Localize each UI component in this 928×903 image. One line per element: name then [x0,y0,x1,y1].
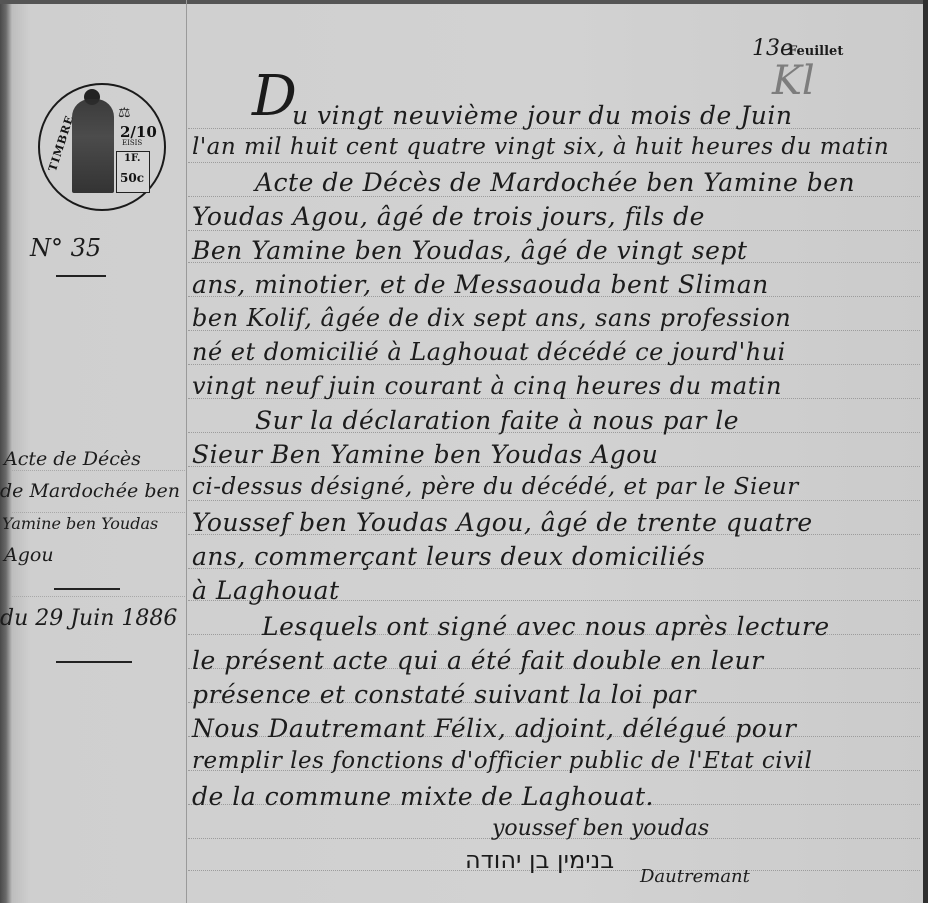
record-line: Youdas Agou, âgé de trois jours, fils de [192,202,705,231]
margin-summary-line: Agou [4,544,54,566]
justice-figure-icon [72,99,114,193]
margin-summary-line: Acte de Décès [4,448,141,470]
record-line: présence et constaté suivant la loi par [192,680,696,709]
record-line: à Laghouat [192,576,340,605]
margin-summary-line: de Mardochée ben [0,480,180,502]
page-binding-edge [923,0,928,903]
record-line: né et domicilié à Laghouat décédé ce jou… [192,338,786,366]
ruled-line [188,500,920,501]
record-line: Sieur Ben Yamine ben Youdas Agou [192,440,658,469]
dropcap-letter: D [252,64,297,129]
record-line: Ben Yamine ben Youdas, âgé de vingt sept [192,236,747,265]
record-line: Sur la déclaration faite à nous par le [255,406,739,435]
record-line: ben Kolif, âgée de dix sept ans, sans pr… [192,304,791,332]
page-top-edge [0,0,928,4]
pencil-annotation: Kl [772,58,815,104]
folio-label: Feuillet [788,44,843,59]
underline [56,661,132,663]
margin-date: du 29 Juin 1886 [0,606,177,631]
scales-icon: ⚖ [118,105,131,121]
record-line: de la commune mixte de Laghouat. [192,782,654,811]
officer-signature: Dautremant [640,866,750,887]
record-line: Youssef ben Youdas Agou, âgé de trente q… [192,508,813,537]
record-line: remplir les fonctions d'officier public … [192,748,812,774]
record-line: le présent acte qui a été fait double en… [192,646,764,675]
margin-rule [186,0,187,903]
stamp-price-top: 1F. [124,153,141,164]
underline [54,588,120,590]
tax-stamp: TIMBRE ⚖ 2/10 EISIS 1F. 50c [38,83,166,211]
record-line: u vingt neuvième jour du mois de Juin [292,101,792,130]
record-line: ans, commerçant leurs deux domiciliés [192,542,705,571]
record-line: l'an mil huit cent quatre vingt six, à h… [192,134,889,160]
act-number: N° 35 [30,234,101,262]
record-line: ci-dessus désigné, père du décédé, et pa… [192,474,799,500]
margin-ruled-line [10,470,185,471]
ruled-line [188,162,920,163]
register-page: 13e Feuillet Kl TIMBRE ⚖ 2/10 EISIS 1F. … [0,0,928,903]
record-line: Acte de Décès de Mardochée ben Yamine be… [255,168,855,197]
margin-ruled-line [10,596,185,597]
stamp-sub-label: EISIS [122,139,142,147]
record-line: vingt neuf juin courant à cinq heures du… [192,372,782,400]
record-line: Lesquels ont signé avec nous après lectu… [262,612,830,641]
margin-summary-line: Yamine ben Youdas [2,514,158,533]
record-line: ans, minotier, et de Messaouda bent Slim… [192,270,769,299]
record-line: Nous Dautremant Félix, adjoint, délégué … [192,714,796,743]
witness-signature-hebrew: בנימין בן יהודה [465,846,614,874]
stamp-price-bottom: 50c [120,171,144,185]
witness-signature-latin: youssef ben youdas [492,816,709,841]
underline [56,275,106,277]
margin-ruled-line [10,512,185,513]
